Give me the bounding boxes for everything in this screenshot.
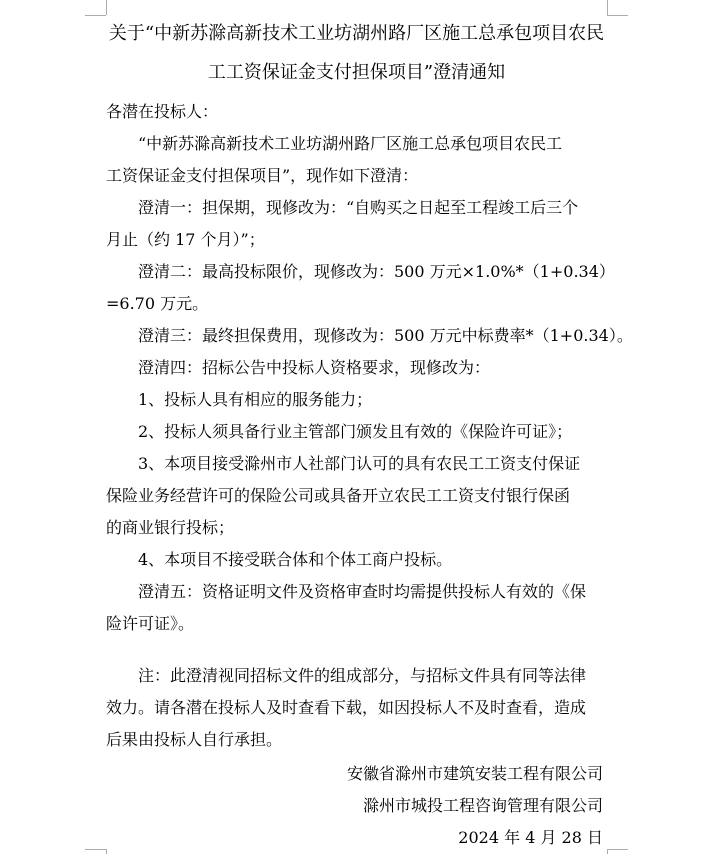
document-body: “中新苏滁高新技术工业坊湖州路厂区施工总承包项目农民工 工资保证金支付担保项目”… [106,128,607,640]
crop-mark-top-left-vertical [106,0,107,15]
signature-line-2: 滁州市城投工程咨询管理有限公司 [106,790,607,822]
body-line: 澄清二：最高投标限价，现修改为：500 万元×1.0%*（1+0.34） [106,256,607,288]
crop-mark-top-right-vertical [607,0,608,15]
body-line: 月止（约 17 个月）”； [106,224,607,256]
body-line: 4、本项目不接受联合体和个体工商户投标。 [106,544,607,576]
crop-mark-top-left-horizontal [85,15,106,16]
body-line: 1、投标人具有相应的服务能力； [106,384,607,416]
note-line: 后果由投标人自行承担。 [106,724,607,756]
body-line: 险许可证》。 [106,608,607,640]
body-line: 澄清一：担保期，现修改为：“自购买之日起至工程竣工后三个 [106,192,607,224]
body-line: 澄清三：最终担保费用，现修改为：500 万元中标费率*（1+0.34）。 [106,320,607,352]
blank-line-spacer [106,640,607,660]
crop-mark-bottom-left-horizontal [85,849,106,850]
body-line: =6.70 万元。 [106,288,607,320]
note-line: 注：此澄清视同招标文件的组成部分，与招标文件具有同等法律 [106,660,607,692]
body-line: 保险业务经营许可的保险公司或具备开立农民工工资支付银行保函 [106,480,607,512]
document-title-line-2: 工工资保证金支付担保项目”澄清通知 [106,53,607,92]
document-date: 2024 年 4 月 28 日 [106,822,607,854]
signature-block: 安徽省滁州市建筑安装工程有限公司 滁州市城投工程咨询管理有限公司 2024 年 … [106,758,607,854]
salutation: 各潜在投标人： [106,96,607,128]
body-line: 澄清四：招标公告中投标人资格要求，现修改为： [106,352,607,384]
body-line: 3、本项目接受滁州市人社部门认可的具有农民工工资支付保证 [106,448,607,480]
body-line: “中新苏滁高新技术工业坊湖州路厂区施工总承包项目农民工 [106,128,607,160]
document-title: 关于“中新苏滁高新技术工业坊湖州路厂区施工总承包项目农民 工工资保证金支付担保项… [106,14,607,92]
crop-mark-bottom-right-horizontal [607,849,628,850]
body-line: 2、投标人须具备行业主管部门颁发且有效的《保险许可证》； [106,416,607,448]
document-page: { "page": { "background": "#ffffff", "te… [0,0,711,854]
document-title-line-1: 关于“中新苏滁高新技术工业坊湖州路厂区施工总承包项目农民 [106,14,607,53]
body-line: 的商业银行投标； [106,512,607,544]
note-paragraph: 注：此澄清视同招标文件的组成部分，与招标文件具有同等法律 效力。请各潜在投标人及… [106,660,607,756]
body-line: 工资保证金支付担保项目”，现作如下澄清： [106,160,607,192]
note-line: 效力。请各潜在投标人及时查看下载，如因投标人不及时查看，造成 [106,692,607,724]
signature-line-1: 安徽省滁州市建筑安装工程有限公司 [106,758,607,790]
document-text-area: 关于“中新苏滁高新技术工业坊湖州路厂区施工总承包项目农民 工工资保证金支付担保项… [106,14,607,854]
body-line: 澄清五：资格证明文件及资格审查时均需提供投标人有效的《保 [106,576,607,608]
crop-mark-top-right-horizontal [607,15,628,16]
crop-mark-bottom-right-vertical [607,849,608,854]
salutation-block: 各潜在投标人： [106,96,607,128]
